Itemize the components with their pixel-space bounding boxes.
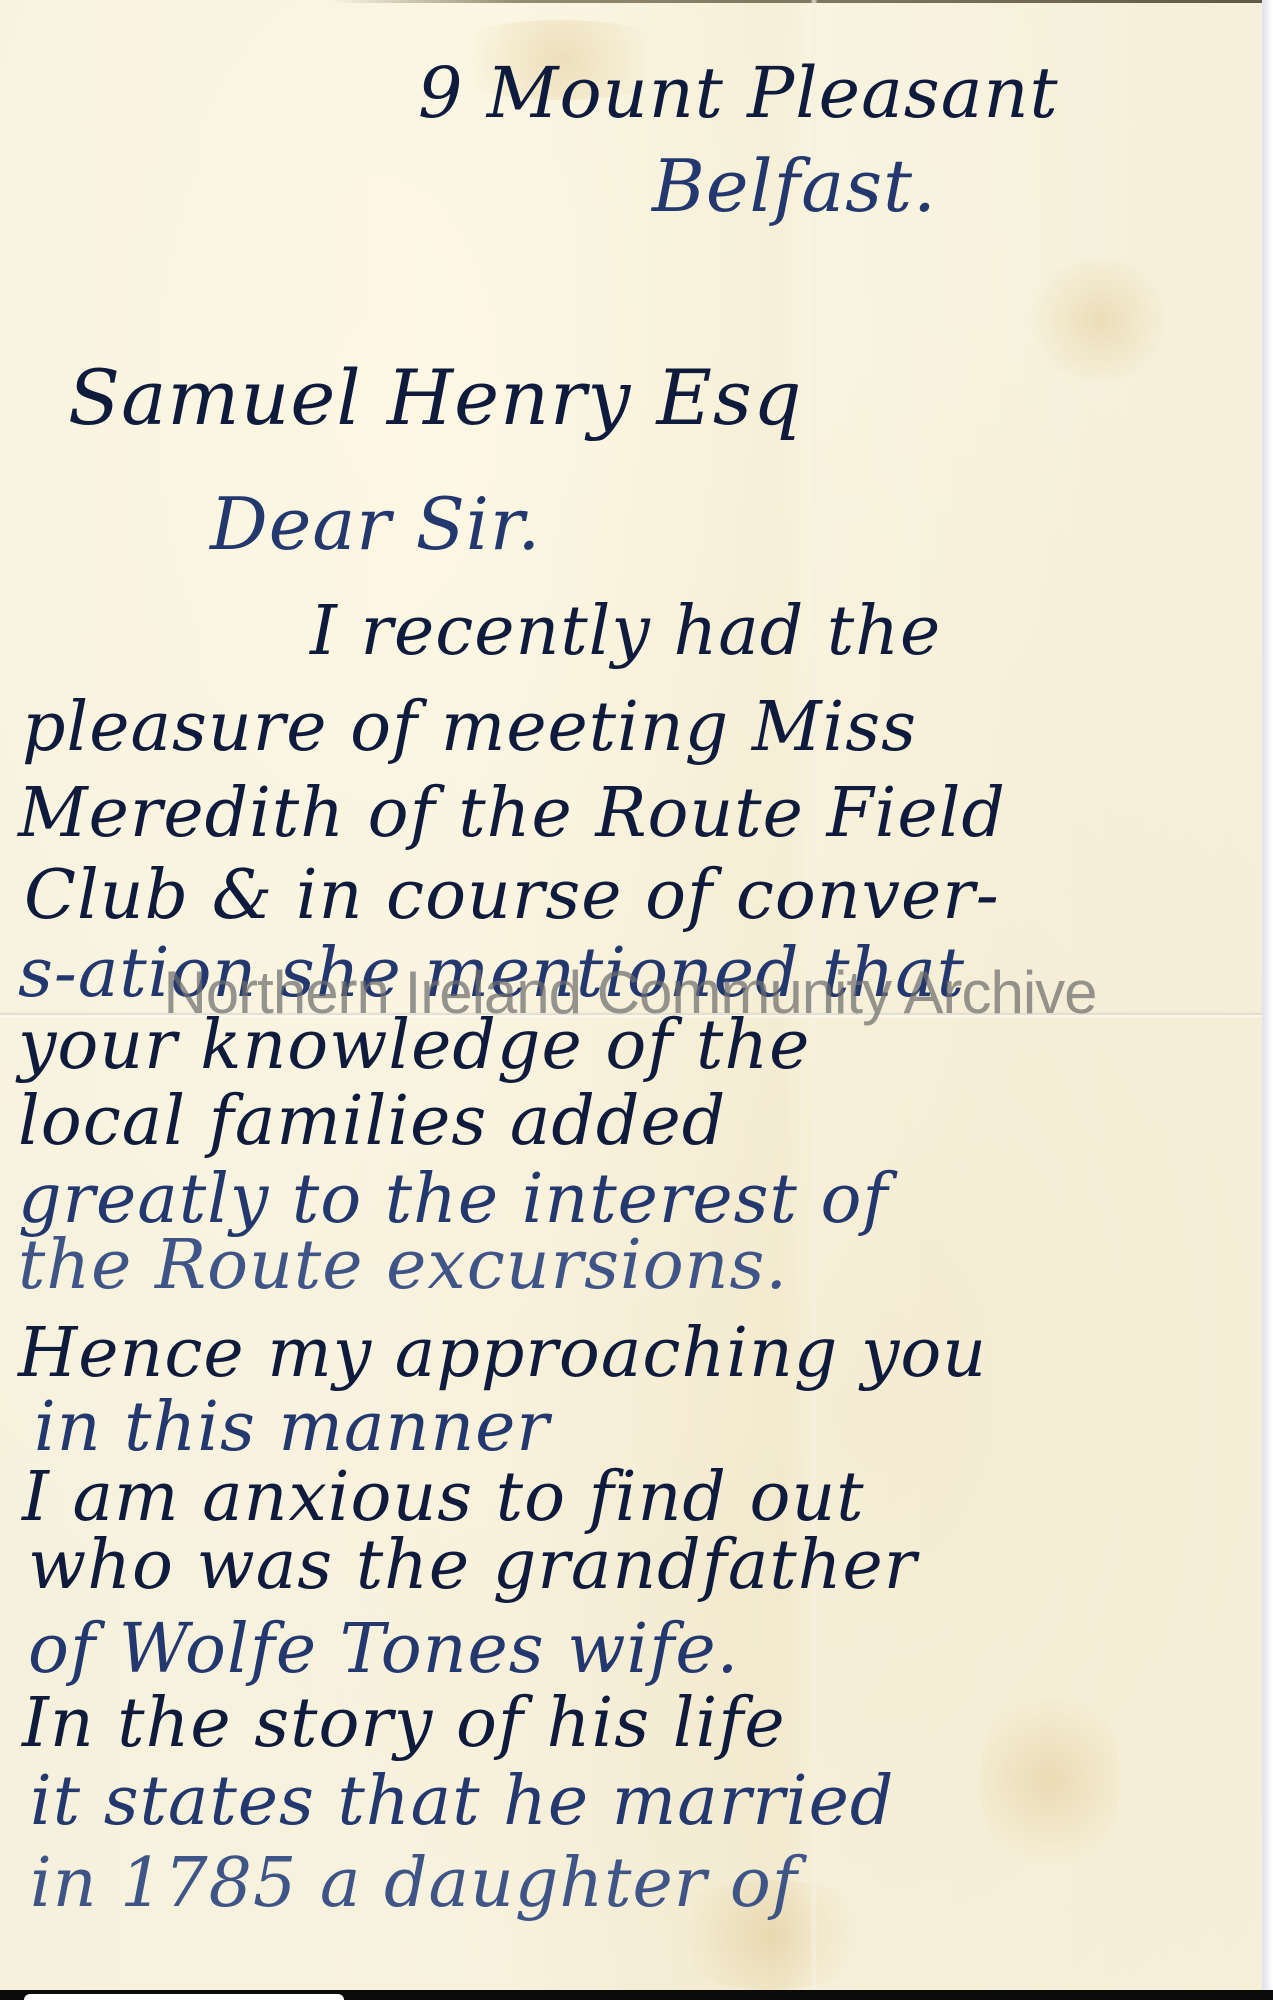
scan-right-edge (1262, 0, 1273, 2000)
body-line: In the story of his life (22, 1690, 786, 1758)
letter-paper: 9 Mount Pleasant Belfast. Samuel Henry E… (0, 0, 1262, 1990)
paper-stain (980, 1680, 1120, 1880)
scan-bottom-edge (0, 1990, 1273, 2000)
body-line: in this manner (34, 1394, 550, 1462)
salutation: Dear Sir. (210, 488, 541, 560)
body-line: I recently had the (310, 598, 941, 666)
body-line: in 1785 a daughter of (30, 1850, 798, 1918)
address-line-2: Belfast. (652, 150, 937, 222)
body-line: Hence my approaching you (18, 1320, 987, 1388)
body-line: the Route excursions. (18, 1232, 788, 1300)
body-line: of Wolfe Tones wife. (28, 1616, 739, 1684)
body-line: pleasure of meeting Miss (22, 694, 917, 762)
body-line: I am anxious to find out (22, 1464, 865, 1532)
body-line: greatly to the interest of (18, 1166, 889, 1234)
paper-stain (1020, 260, 1180, 380)
letter-page: 9 Mount Pleasant Belfast. Samuel Henry E… (0, 0, 1273, 2000)
body-line: who was the grandfather (28, 1532, 917, 1600)
body-line: Meredith of the Route Field (18, 780, 1006, 848)
address-line-1: 9 Mount Pleasant (418, 58, 1059, 128)
archive-watermark: Northern Ireland Community Archive (120, 958, 1140, 1027)
body-line: it states that he married (30, 1768, 894, 1836)
body-line: local families added (18, 1088, 726, 1156)
recipient-name: Samuel Henry Esq (68, 360, 803, 436)
body-line: Club & in course of conver- (24, 862, 1000, 930)
